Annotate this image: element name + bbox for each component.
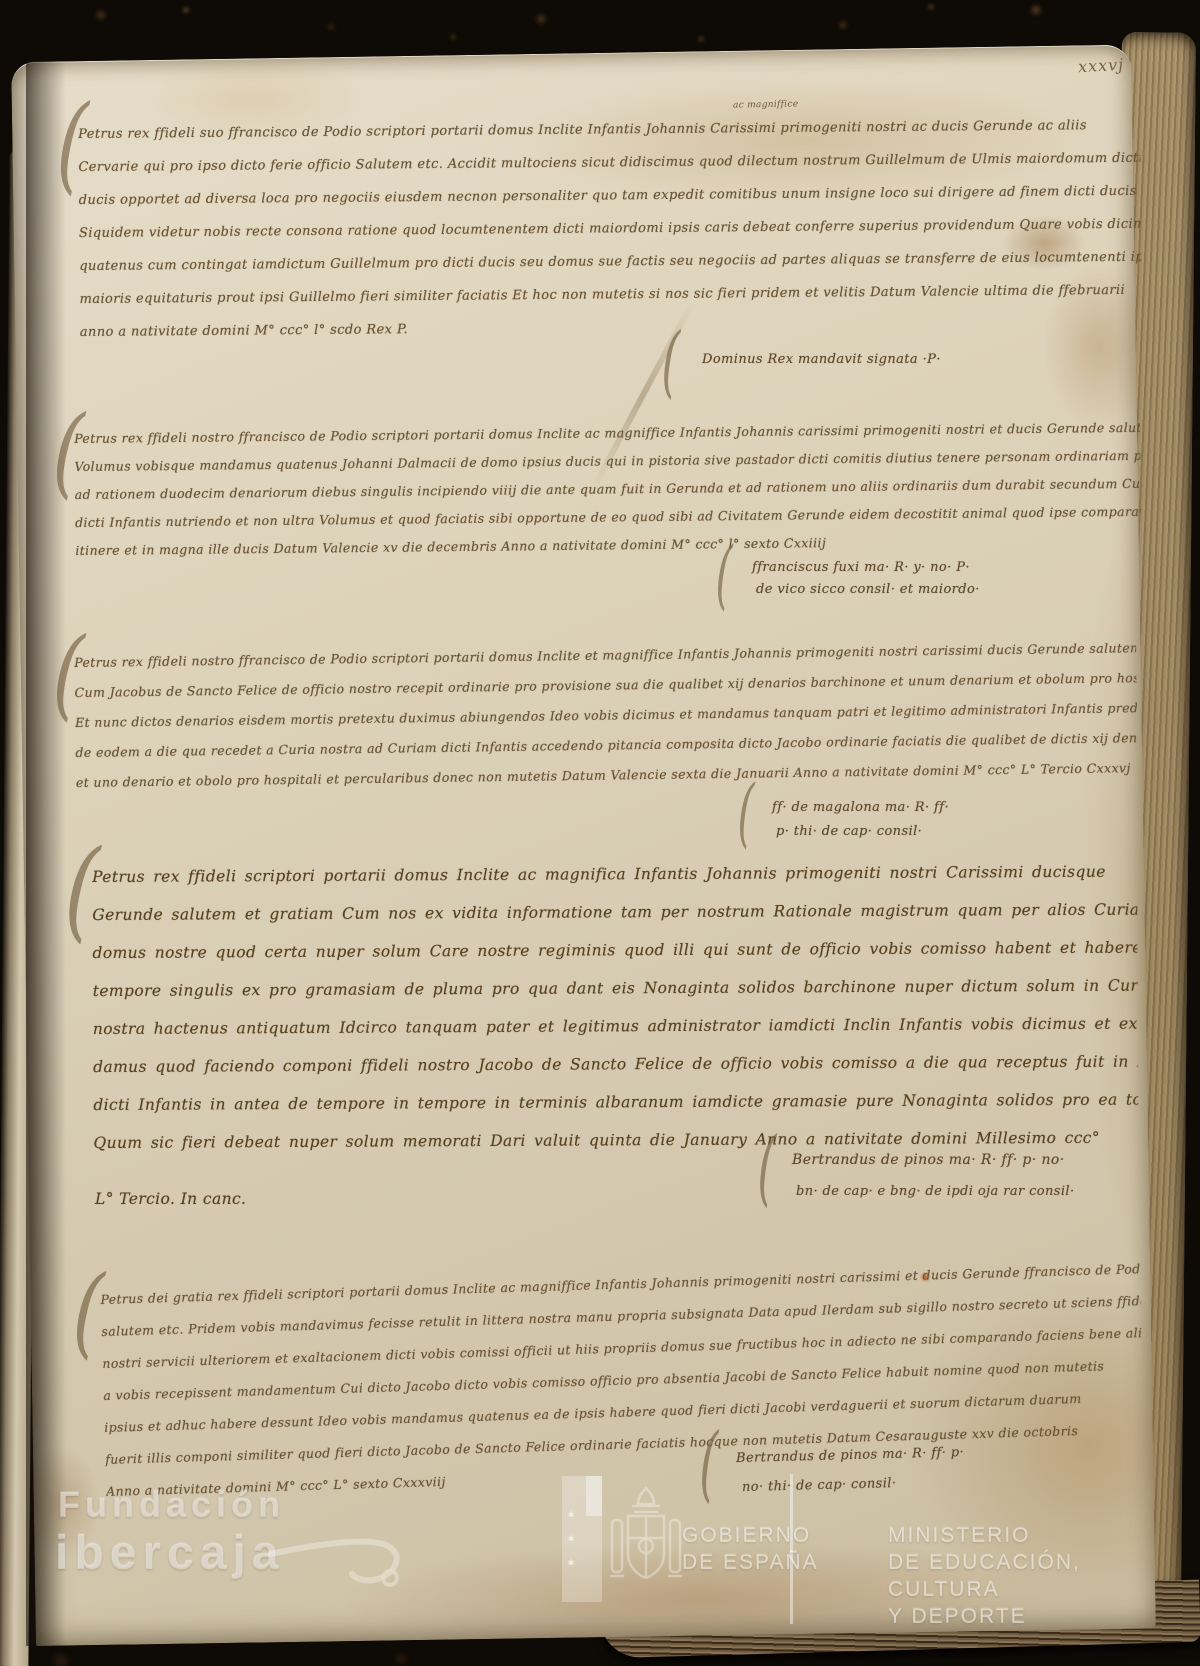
manuscript-line: Petrus rex ffideli scriptori portarii do…: [92, 853, 1137, 896]
backdrop-speckles: [0, 0, 2, 2]
ministerio-line3: Y DEPORTE: [888, 1603, 1200, 1630]
letter-entry-1: Petrus rex ffideli suo ffrancisco de Pod…: [78, 109, 1142, 349]
photo-backdrop: xxxvj ac magniffice ( Petrus rex ffideli…: [0, 0, 1200, 1666]
ibercaja-swoosh-icon: [268, 1512, 408, 1602]
chancery-note-2-line1: ffranciscus fuxi ma· R· y· no· P·: [752, 560, 970, 575]
eu-star-icon: ✶: [566, 1556, 576, 1570]
manuscript-line: Gerunde salutem et gratiam Cum nos ex vi…: [92, 891, 1137, 934]
folio-number: xxxvj: [1078, 55, 1125, 76]
eu-star-icon: ✶: [566, 1532, 576, 1546]
manuscript-line: domus nostre quod certa nuper solum Care…: [92, 929, 1137, 972]
manuscript-line: dicti Infantis in antea de tempore in te…: [93, 1081, 1138, 1124]
eu-star-icon: ✶: [566, 1508, 576, 1522]
watermark-ministerio: MINISTERIO DE EDUCACIÓN, CULTURA Y DEPOR…: [888, 1522, 1200, 1630]
gutter-shadow: [26, 60, 66, 1646]
letter-entry-5: Petrus dei gratia rex ffideli scriptori …: [100, 1253, 1146, 1508]
letter-entry-2: Petrus rex ffideli nostro ffrancisco de …: [74, 414, 1141, 565]
watermark-gobierno: GOBIERNO DE ESPAÑA: [682, 1522, 819, 1576]
chancery-note-3-line2: p· thi· de cap· consil·: [776, 824, 922, 839]
manuscript-line: nostra hactenus antiquatum Idcirco tanqu…: [93, 1005, 1138, 1048]
letter-entry-4-footnote: L° Tercio. In canc.: [95, 1190, 246, 1208]
chancery-note-2-line2: de vico sicco consil· et maiordo·: [756, 582, 980, 597]
chancery-note-1: Dominus Rex mandavit signata ·P·: [702, 352, 941, 367]
manuscript-line: damus quod faciendo componi ffideli nost…: [93, 1043, 1138, 1086]
eu-flag-notch: [586, 1476, 602, 1516]
watermark-fundacion: Fundación: [58, 1484, 285, 1526]
chancery-note-4-line1: Bertrandus de pinos ma· R· ff· p· no·: [792, 1152, 1065, 1168]
chancery-note-3-line1: ff· de magalona ma· R· ff·: [772, 800, 949, 815]
watermark-ibercaja: ibercaja: [55, 1526, 284, 1581]
ministerio-line1: MINISTERIO: [888, 1522, 1200, 1549]
ministerio-line2: DE EDUCACIÓN, CULTURA: [888, 1549, 1200, 1603]
gobierno-line1: GOBIERNO: [682, 1522, 819, 1549]
letter-entry-3: Petrus rex ffideli nostro ffrancisco de …: [74, 633, 1138, 798]
watermark-divider: [790, 1474, 793, 1624]
gobierno-line2: DE ESPAÑA: [682, 1549, 819, 1576]
letter-entry-4: Petrus rex ffideli scriptori portarii do…: [92, 853, 1139, 1162]
manuscript-line: tempore singulis ex pro gramasiam de plu…: [93, 967, 1138, 1010]
chancery-note-4-line2: bn· de cap· e bng· de ipdi oja rar consi…: [796, 1184, 1075, 1199]
spain-coat-of-arms-icon: [604, 1486, 688, 1590]
interlinear-addition: ac magniffice: [733, 99, 799, 110]
